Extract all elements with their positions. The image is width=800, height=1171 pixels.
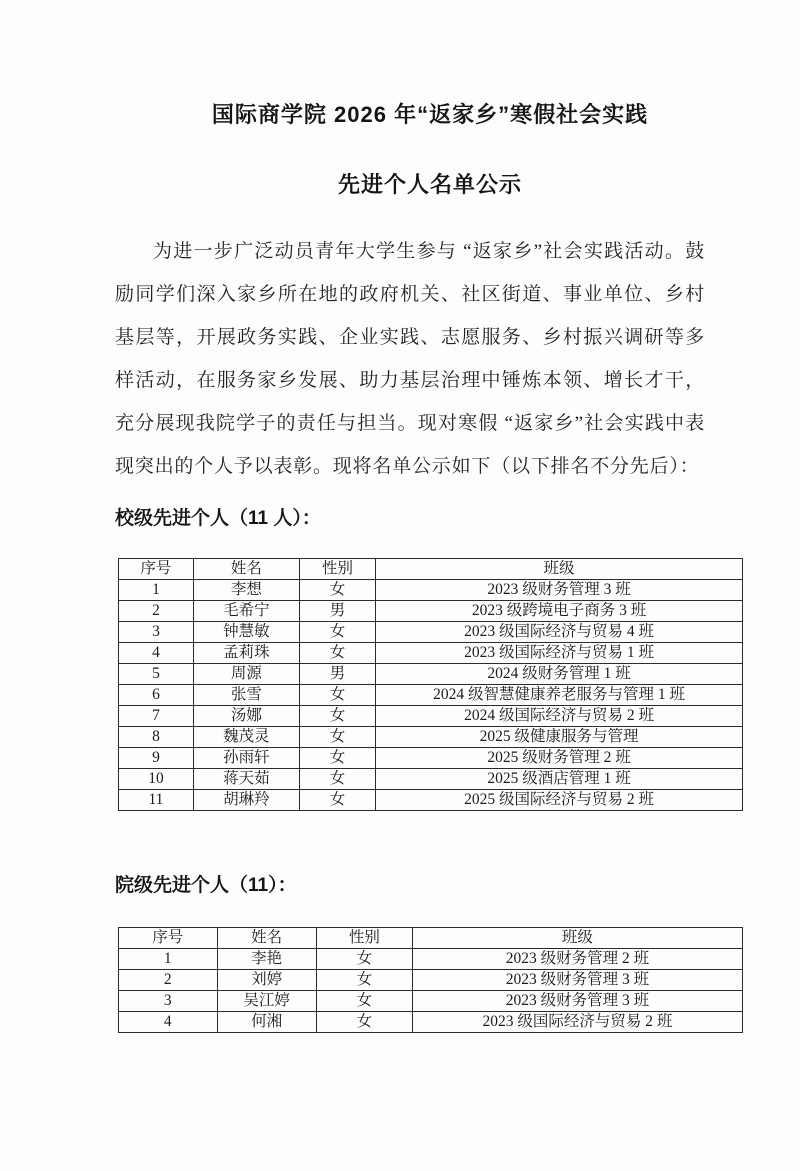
table-row: 1李艳女2023 级财务管理 2 班	[119, 949, 743, 970]
table-cell: 6	[119, 685, 194, 706]
table-cell: 2023 级财务管理 3 班	[412, 970, 742, 991]
table-row: 3吴江婷女2023 级财务管理 3 班	[119, 991, 743, 1012]
table-cell: 毛希宁	[193, 601, 299, 622]
section-heading-college-level: 院级先进个人（11）：	[115, 873, 745, 899]
table-row: 4孟莉珠女2023 级国际经济与贸易 1 班	[119, 643, 743, 664]
table-cell: 2023 级财务管理 3 班	[412, 991, 742, 1012]
table-cell: 2023 级国际经济与贸易 1 班	[376, 643, 743, 664]
table-cell: 女	[316, 949, 412, 970]
table-cell: 何湘	[217, 1012, 316, 1033]
table-cell: 4	[119, 643, 194, 664]
table-body: 1李艳女2023 级财务管理 2 班2刘婷女2023 级财务管理 3 班3吴江婷…	[119, 949, 743, 1033]
table-header-cell: 班级	[412, 928, 742, 949]
table-cell: 2023 级国际经济与贸易 4 班	[376, 622, 743, 643]
table-cell: 2024 级财务管理 1 班	[376, 664, 743, 685]
table-header-cell: 性别	[316, 928, 412, 949]
table-cell: 女	[299, 685, 375, 706]
table-cell: 9	[119, 748, 194, 769]
table-cell: 男	[299, 664, 375, 685]
table-row: 7汤娜女2024 级国际经济与贸易 2 班	[119, 706, 743, 727]
table-row: 8魏茂灵女2025 级健康服务与管理	[119, 727, 743, 748]
table-cell: 周源	[193, 664, 299, 685]
table-header-cell: 序号	[119, 928, 218, 949]
document-title-line1: 国际商学院 2026 年“返家乡”寒假社会实践	[115, 100, 745, 130]
table-cell: 2023 级国际经济与贸易 2 班	[412, 1012, 742, 1033]
table-cell: 女	[299, 643, 375, 664]
document-title: 国际商学院 2026 年“返家乡”寒假社会实践 先进个人名单公示	[115, 100, 745, 200]
table-cell: 魏茂灵	[193, 727, 299, 748]
table-cell: 女	[316, 1012, 412, 1033]
table-cell: 吴江婷	[217, 991, 316, 1012]
table-cell: 女	[299, 748, 375, 769]
table-cell: 2023 级财务管理 3 班	[376, 580, 743, 601]
table-cell: 2024 级智慧健康养老服务与管理 1 班	[376, 685, 743, 706]
table-row: 2毛希宁男2023 级跨境电子商务 3 班	[119, 601, 743, 622]
table-cell: 2024 级国际经济与贸易 2 班	[376, 706, 743, 727]
table-row: 11胡琳羚女2025 级国际经济与贸易 2 班	[119, 790, 743, 811]
table-cell: 10	[119, 769, 194, 790]
table-header-cell: 班级	[376, 559, 743, 580]
table-cell: 2023 级财务管理 2 班	[412, 949, 742, 970]
table-cell: 李想	[193, 580, 299, 601]
table-cell: 蒋天茹	[193, 769, 299, 790]
table-row: 5周源男2024 级财务管理 1 班	[119, 664, 743, 685]
table-row: 4何湘女2023 级国际经济与贸易 2 班	[119, 1012, 743, 1033]
table-row: 10蒋天茹女2025 级酒店管理 1 班	[119, 769, 743, 790]
table-cell: 女	[299, 790, 375, 811]
table-cell: 2025 级酒店管理 1 班	[376, 769, 743, 790]
table-cell: 女	[299, 706, 375, 727]
table-cell: 2	[119, 970, 218, 991]
table-header-cell: 姓名	[217, 928, 316, 949]
table-row: 2刘婷女2023 级财务管理 3 班	[119, 970, 743, 991]
table-cell: 钟慧敏	[193, 622, 299, 643]
table-cell: 2025 级健康服务与管理	[376, 727, 743, 748]
table-cell: 2	[119, 601, 194, 622]
table-cell: 孙雨轩	[193, 748, 299, 769]
table-cell: 刘婷	[217, 970, 316, 991]
school-level-awards-table: 序号姓名性别班级 1李想女2023 级财务管理 3 班2毛希宁男2023 级跨境…	[118, 558, 743, 811]
college-level-awards-table: 序号姓名性别班级 1李艳女2023 级财务管理 2 班2刘婷女2023 级财务管…	[118, 927, 743, 1033]
table-header-cell: 性别	[299, 559, 375, 580]
table-cell: 2025 级国际经济与贸易 2 班	[376, 790, 743, 811]
table-row: 3钟慧敏女2023 级国际经济与贸易 4 班	[119, 622, 743, 643]
table-row: 6张雪女2024 级智慧健康养老服务与管理 1 班	[119, 685, 743, 706]
table-cell: 女	[316, 970, 412, 991]
table-cell: 汤娜	[193, 706, 299, 727]
table-cell: 8	[119, 727, 194, 748]
table-body: 1李想女2023 级财务管理 3 班2毛希宁男2023 级跨境电子商务 3 班3…	[119, 580, 743, 811]
table-cell: 胡琳羚	[193, 790, 299, 811]
table-cell: 4	[119, 1012, 218, 1033]
section-heading-school-level: 校级先进个人（11 人）：	[115, 506, 745, 532]
table-cell: 2023 级跨境电子商务 3 班	[376, 601, 743, 622]
table-cell: 5	[119, 664, 194, 685]
table-header-cell: 姓名	[193, 559, 299, 580]
table-cell: 11	[119, 790, 194, 811]
table-row: 9孙雨轩女2025 级财务管理 2 班	[119, 748, 743, 769]
table-cell: 女	[299, 727, 375, 748]
table-cell: 张雪	[193, 685, 299, 706]
table-cell: 3	[119, 622, 194, 643]
table-cell: 男	[299, 601, 375, 622]
document-title-line2: 先进个人名单公示	[115, 170, 745, 200]
table-header-row: 序号姓名性别班级	[119, 559, 743, 580]
table-header-cell: 序号	[119, 559, 194, 580]
table-cell: 1	[119, 949, 218, 970]
table-cell: 女	[299, 769, 375, 790]
table-header-row: 序号姓名性别班级	[119, 928, 743, 949]
table-cell: 7	[119, 706, 194, 727]
table-cell: 女	[299, 622, 375, 643]
table-cell: 孟莉珠	[193, 643, 299, 664]
table-cell: 3	[119, 991, 218, 1012]
document-page: 国际商学院 2026 年“返家乡”寒假社会实践 先进个人名单公示 为进一步广泛动…	[0, 0, 800, 1171]
table-cell: 1	[119, 580, 194, 601]
table-cell: 女	[299, 580, 375, 601]
table-row: 1李想女2023 级财务管理 3 班	[119, 580, 743, 601]
intro-paragraph: 为进一步广泛动员青年大学生参与 “返家乡”社会实践活动。鼓励同学们深入家乡所在地…	[115, 230, 705, 488]
table-cell: 李艳	[217, 949, 316, 970]
table-cell: 2025 级财务管理 2 班	[376, 748, 743, 769]
table-cell: 女	[316, 991, 412, 1012]
